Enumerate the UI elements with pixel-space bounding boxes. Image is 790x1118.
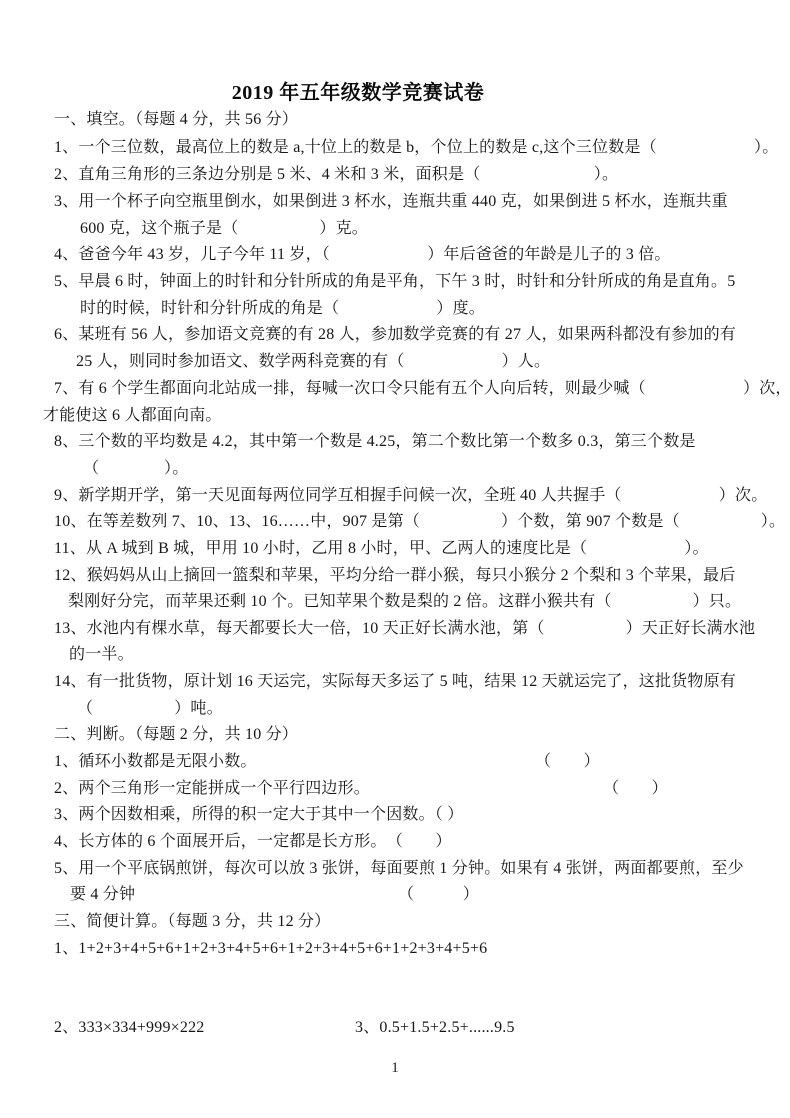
fill-q12-line-1: 12、猴妈妈从山上摘回一篮梨和苹果，平均分给一群小猴，每只小猴分 2 个梨和 3… bbox=[54, 566, 735, 586]
calc-q3: 3、0.5+1.5+2.5+......9.5 bbox=[355, 1018, 515, 1038]
section-2-heading: 二、判断。（每题 2 分，共 10 分） bbox=[54, 725, 298, 745]
judge-q1-text: 1、循环小数都是无限小数。 bbox=[54, 753, 257, 770]
fill-q13-line-1: 13、水池内有棵水草，每天都要长大一倍，10 天正好长满水池，第（ ）天正好长满… bbox=[54, 619, 755, 639]
section-1-heading: 一、填空。（每题 4 分，共 56 分） bbox=[54, 110, 298, 130]
judge-q2-text: 2、两个三角形一定能拼成一个平行四边形。 bbox=[54, 780, 370, 797]
fill-q14-line-2: （ ）吨。 bbox=[77, 699, 223, 719]
judge-q5-text: 要 4 分钟 bbox=[70, 886, 135, 903]
exam-title: 2019 年五年级数学竞赛试卷 bbox=[0, 76, 716, 105]
exam-page: 2019 年五年级数学竞赛试卷 一、填空。（每题 4 分，共 56 分） 1、一… bbox=[0, 0, 790, 1118]
judge-q4: 4、长方体的 6 个面展开后，一定都是长方形。 （ ） bbox=[54, 832, 452, 852]
calc-q1: 1、1+2+3+4+5+6+1+2+3+4+5+6+1+2+3+4+5+6+1+… bbox=[54, 939, 487, 959]
fill-q11: 11、从 A 城到 B 城，甲用 10 小时，乙用 8 小时，甲、乙两人的速度比… bbox=[54, 539, 709, 559]
fill-q5-line-1: 5、早晨 6 时，钟面上的时针和分针所成的角是平角，下午 3 时，时针和分针所成… bbox=[54, 272, 735, 292]
fill-q13-line-2: 的一半。 bbox=[69, 645, 134, 665]
answer-blank: （ ） bbox=[398, 885, 479, 905]
section-3-heading: 三、简便计算。（每题 3 分，共 12 分） bbox=[54, 912, 330, 932]
fill-q8-line-1: 8、三个数的平均数是 4.2，其中第一个数是 4.25，第二个数比第一个数多 0… bbox=[54, 432, 696, 452]
fill-q12-line-2: 梨刚好分完，而苹果还剩 10 个。已知苹果个数是梨的 2 倍。这群小猴共有（ ）… bbox=[68, 592, 741, 612]
judge-q2: 2、两个三角形一定能拼成一个平行四边形。 （ ） bbox=[54, 779, 370, 799]
fill-q6-line-2: 25 人，则同时参加语文、数学两科竞赛的有（ ）人。 bbox=[76, 352, 550, 372]
fill-q4: 4、爸爸今年 43 岁，儿子今年 11 岁，（ ）年后爸爸的年龄是儿子的 3 倍… bbox=[54, 245, 671, 265]
judge-q5-line-2: 要 4 分钟 （ ） bbox=[70, 885, 135, 905]
fill-q10: 10、在等差数列 7、10、13、16……中，907 是第（ ）个数，第 907… bbox=[54, 512, 785, 532]
answer-blank: （ ） bbox=[603, 779, 668, 799]
fill-q7-line-1: 7、有 6 个学生都面向北站成一排，每喊一次口令只能有五个人向后转，则最少喊（ … bbox=[54, 379, 790, 399]
fill-q9: 9、新学期开学，第一天见面每两位同学互相握手问候一次，全班 40 人共握手（ ）… bbox=[54, 486, 767, 506]
calc-q2: 2、333×334+999×222 bbox=[54, 1019, 204, 1036]
answer-blank: （ ） bbox=[535, 752, 600, 772]
fill-q2: 2、直角三角形的三条边分别是 5 米、4 米和 3 米，面积是（ ）。 bbox=[54, 165, 618, 185]
fill-q14-line-1: 14、有一批货物，原计划 16 天运完，实际每天多运了 5 吨，结果 12 天就… bbox=[54, 672, 736, 692]
fill-q5-line-2: 时的时候，时针和分针所成的角是（ ）度。 bbox=[80, 299, 485, 319]
judge-q3: 3、两个因数相乘，所得的积一定大于其中一个因数。（ ） bbox=[54, 805, 463, 825]
calc-row: 2、333×334+999×222 3、0.5+1.5+2.5+......9.… bbox=[54, 1018, 204, 1038]
fill-q7-line-2: 才能使这 6 人都面向南。 bbox=[43, 406, 222, 426]
fill-q3-line-1: 3、用一个杯子向空瓶里倒水，如果倒进 3 杯水，连瓶共重 440 克，如果倒进 … bbox=[54, 192, 728, 212]
fill-q1: 1、一个三位数，最高位上的数是 a,十位上的数是 b，个位上的数是 c,这个三位… bbox=[54, 138, 778, 158]
fill-q3-line-2: 600 克，这个瓶子是（ ）克。 bbox=[80, 219, 368, 239]
fill-q6-line-1: 6、某班有 56 人，参加语文竞赛的有 28 人，参加数学竞赛的有 27 人，如… bbox=[54, 325, 736, 345]
page-number: 1 bbox=[0, 1060, 790, 1077]
judge-q1: 1、循环小数都是无限小数。 （ ） bbox=[54, 752, 257, 772]
judge-q5-line-1: 5、用一个平底锅煎饼，每次可以放 3 张饼，每面要煎 1 分钟。如果有 4 张饼… bbox=[54, 859, 744, 879]
fill-q8-line-2: （ ）。 bbox=[83, 459, 188, 479]
